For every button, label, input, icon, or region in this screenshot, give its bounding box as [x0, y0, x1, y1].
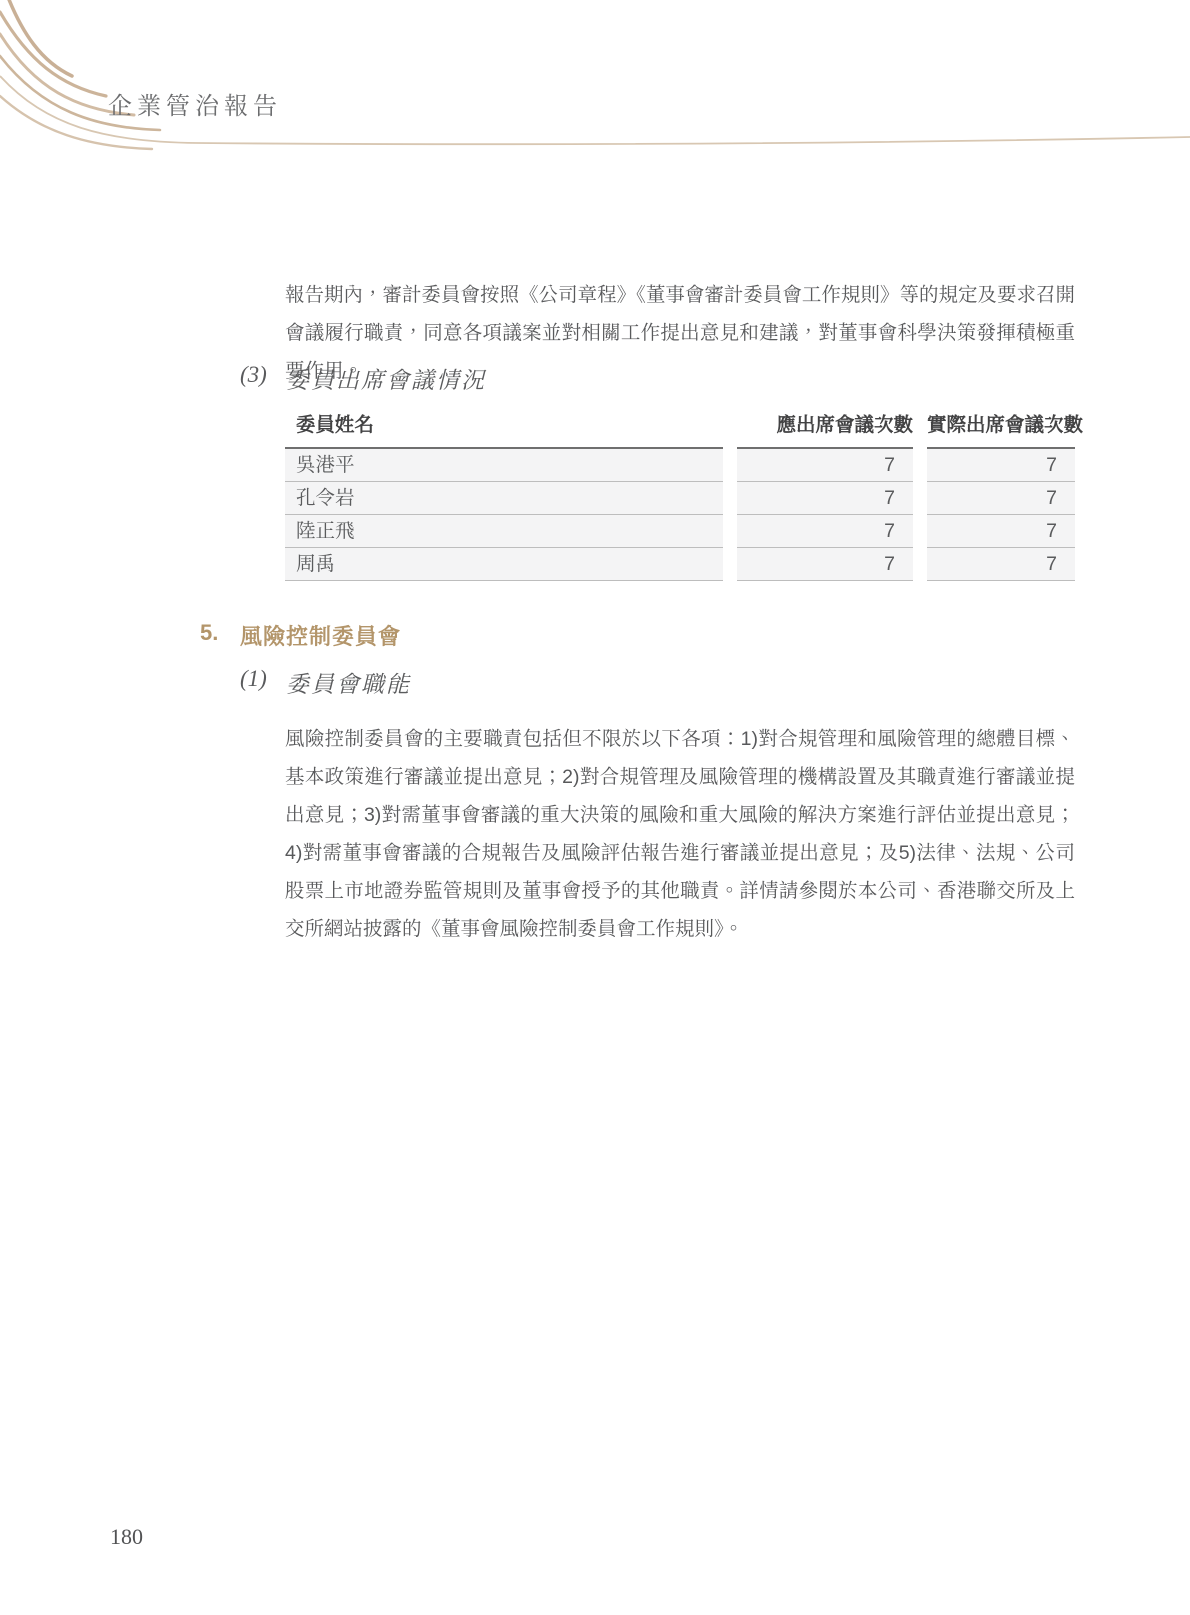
- page-number: 180: [110, 1524, 143, 1550]
- attendance-table: 委員姓名 應出席會議次數 實際出席會議次數 吳港平 7 7 孔令岩 7 7 陸正…: [285, 402, 1075, 581]
- table-row-required: 7: [737, 482, 913, 515]
- table-row-attended: 7: [927, 548, 1075, 581]
- page-header: 企業管治報告: [0, 0, 1190, 170]
- table-row-attended: 7: [927, 482, 1075, 515]
- heading-attendance-title: 委員出席會議情況: [286, 362, 486, 395]
- report-page: 企業管治報告 報告期內，審計委員會按照《公司章程》《董事會審計委員會工作規則》等…: [0, 0, 1190, 1615]
- table-row-required: 7: [737, 515, 913, 548]
- table-row-member-name: 周禹: [285, 548, 723, 581]
- heading-attendance-number: (3): [240, 362, 286, 395]
- column-header-attended-meetings: 實際出席會議次數: [927, 402, 1075, 449]
- heading-risk-control-title: 風險控制委員會: [240, 620, 401, 651]
- heading-attendance: (3) 委員出席會議情況: [240, 362, 486, 395]
- heading-committee-functions-title: 委員會職能: [286, 666, 411, 699]
- column-header-member-name: 委員姓名: [285, 402, 723, 449]
- table-row-member-name: 孔令岩: [285, 482, 723, 515]
- table-row-member-name: 陸正飛: [285, 515, 723, 548]
- table-row-member-name: 吳港平: [285, 449, 723, 482]
- heading-committee-functions: (1) 委員會職能: [240, 666, 411, 699]
- table-row-required: 7: [737, 449, 913, 482]
- committee-functions-paragraph: 風險控制委員會的主要職責包括但不限於以下各項：1)對合規管理和風險管理的總體目標…: [285, 720, 1075, 948]
- column-header-required-meetings: 應出席會議次數: [737, 402, 913, 449]
- page-title: 企業管治報告: [108, 86, 282, 121]
- table-row-attended: 7: [927, 449, 1075, 482]
- heading-risk-control-number: 5.: [200, 620, 240, 651]
- swoosh-logo-icon: [0, 0, 1190, 170]
- heading-committee-functions-number: (1): [240, 666, 286, 699]
- table-row-required: 7: [737, 548, 913, 581]
- table-row-attended: 7: [927, 515, 1075, 548]
- heading-risk-control-committee: 5. 風險控制委員會: [200, 620, 401, 651]
